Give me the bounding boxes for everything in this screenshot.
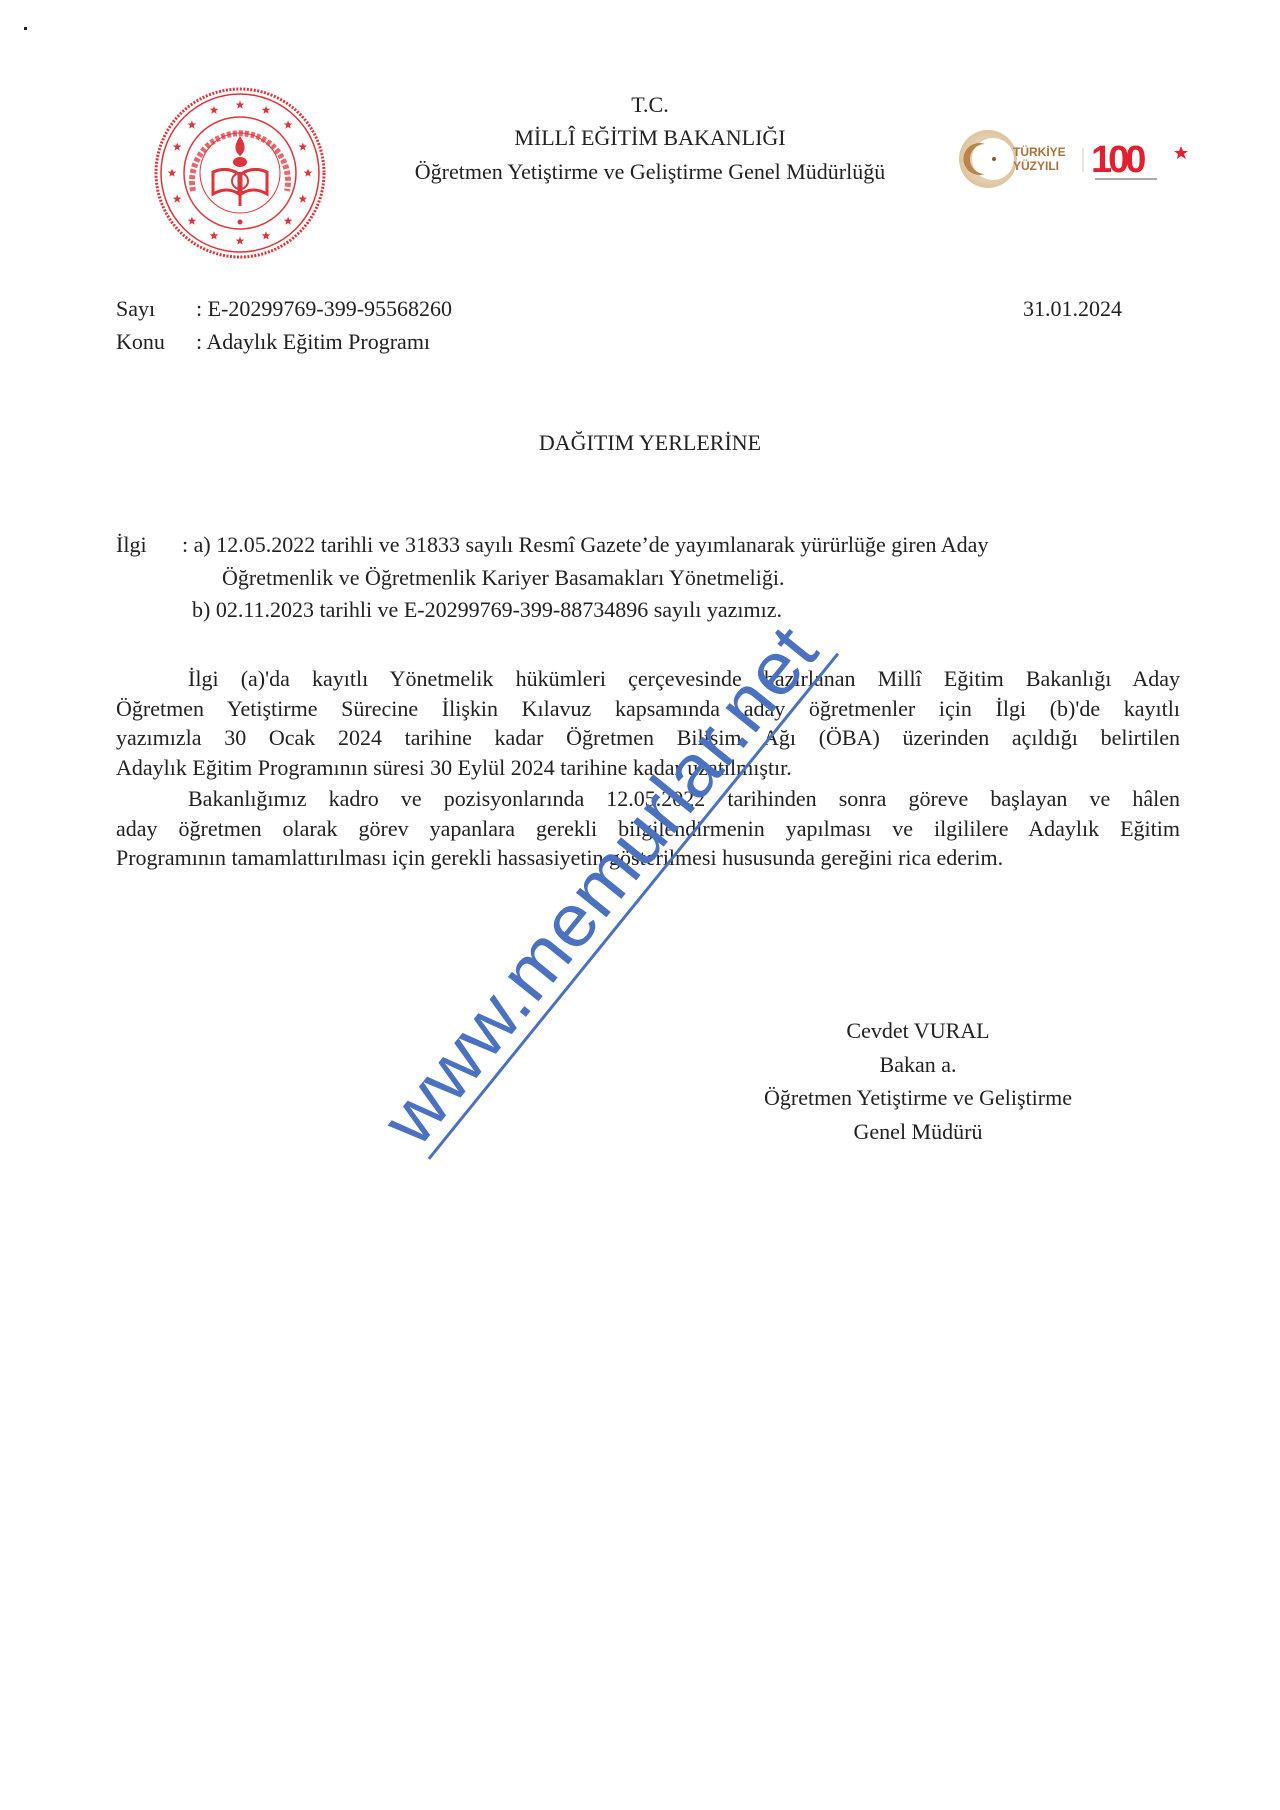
body-line: Programının tamamlattırılması için gerek… <box>116 843 1180 873</box>
signatory-name: Cevdet VURAL <box>718 1014 1118 1048</box>
recipient-heading: DAĞITIM YERLERİNE <box>0 430 1280 456</box>
body-paragraph-1: İlgi (a)'da kayıtlı Yönetmelik hükümleri… <box>116 664 1180 782</box>
body-line: Öğretmen Yetiştirme Sürecine İlişkin Kıl… <box>116 694 1180 724</box>
signatory-title-cont: Genel Müdürü <box>718 1115 1118 1149</box>
sayi-value: : E-20299769-399-95568260 <box>196 296 452 322</box>
body-line: Adaylık Eğitim Programının süresi 30 Eyl… <box>116 753 1180 783</box>
document-date: 31.01.2024 <box>1023 296 1122 322</box>
body-line: yazımızla 30 Ocak 2024 tarihine kadar Öğ… <box>116 723 1180 753</box>
ilgi-item-a-continued: Öğretmenlik ve Öğretmenlik Kariyer Basam… <box>222 565 784 591</box>
watermark: www.memurlar.net <box>0 0 1280 1810</box>
header-directorate: Öğretmen Yetiştirme ve Geliştirme Genel … <box>0 159 1280 185</box>
body-line: Bakanlığımız kadro ve pozisyonlarında 12… <box>116 784 1180 814</box>
signature-block: Cevdet VURAL Bakan a. Öğretmen Yetiştirm… <box>718 1014 1118 1148</box>
sayi-label: Sayı <box>116 296 155 322</box>
ilgi-label: İlgi <box>116 532 147 558</box>
ilgi-item-b: b) 02.11.2023 tarihli ve E-20299769-399-… <box>192 597 782 623</box>
signatory-capacity: Bakan a. <box>718 1048 1118 1082</box>
ilgi-item-a: : a) 12.05.2022 tarihli ve 31833 sayılı … <box>182 532 988 558</box>
konu-label: Konu <box>116 329 165 355</box>
body-paragraph-2: Bakanlığımız kadro ve pozisyonlarında 12… <box>116 784 1180 873</box>
body-line: İlgi (a)'da kayıtlı Yönetmelik hükümleri… <box>116 664 1180 694</box>
header-ministry: MİLLÎ EĞİTİM BAKANLIĞI <box>0 125 1280 151</box>
signatory-title: Öğretmen Yetiştirme ve Geliştirme <box>718 1081 1118 1115</box>
scan-speck <box>24 27 27 30</box>
body-line: aday öğretmen olarak görev yapanlara ger… <box>116 814 1180 844</box>
konu-value: : Adaylık Eğitim Programı <box>196 329 430 355</box>
header-state: T.C. <box>0 92 1280 118</box>
